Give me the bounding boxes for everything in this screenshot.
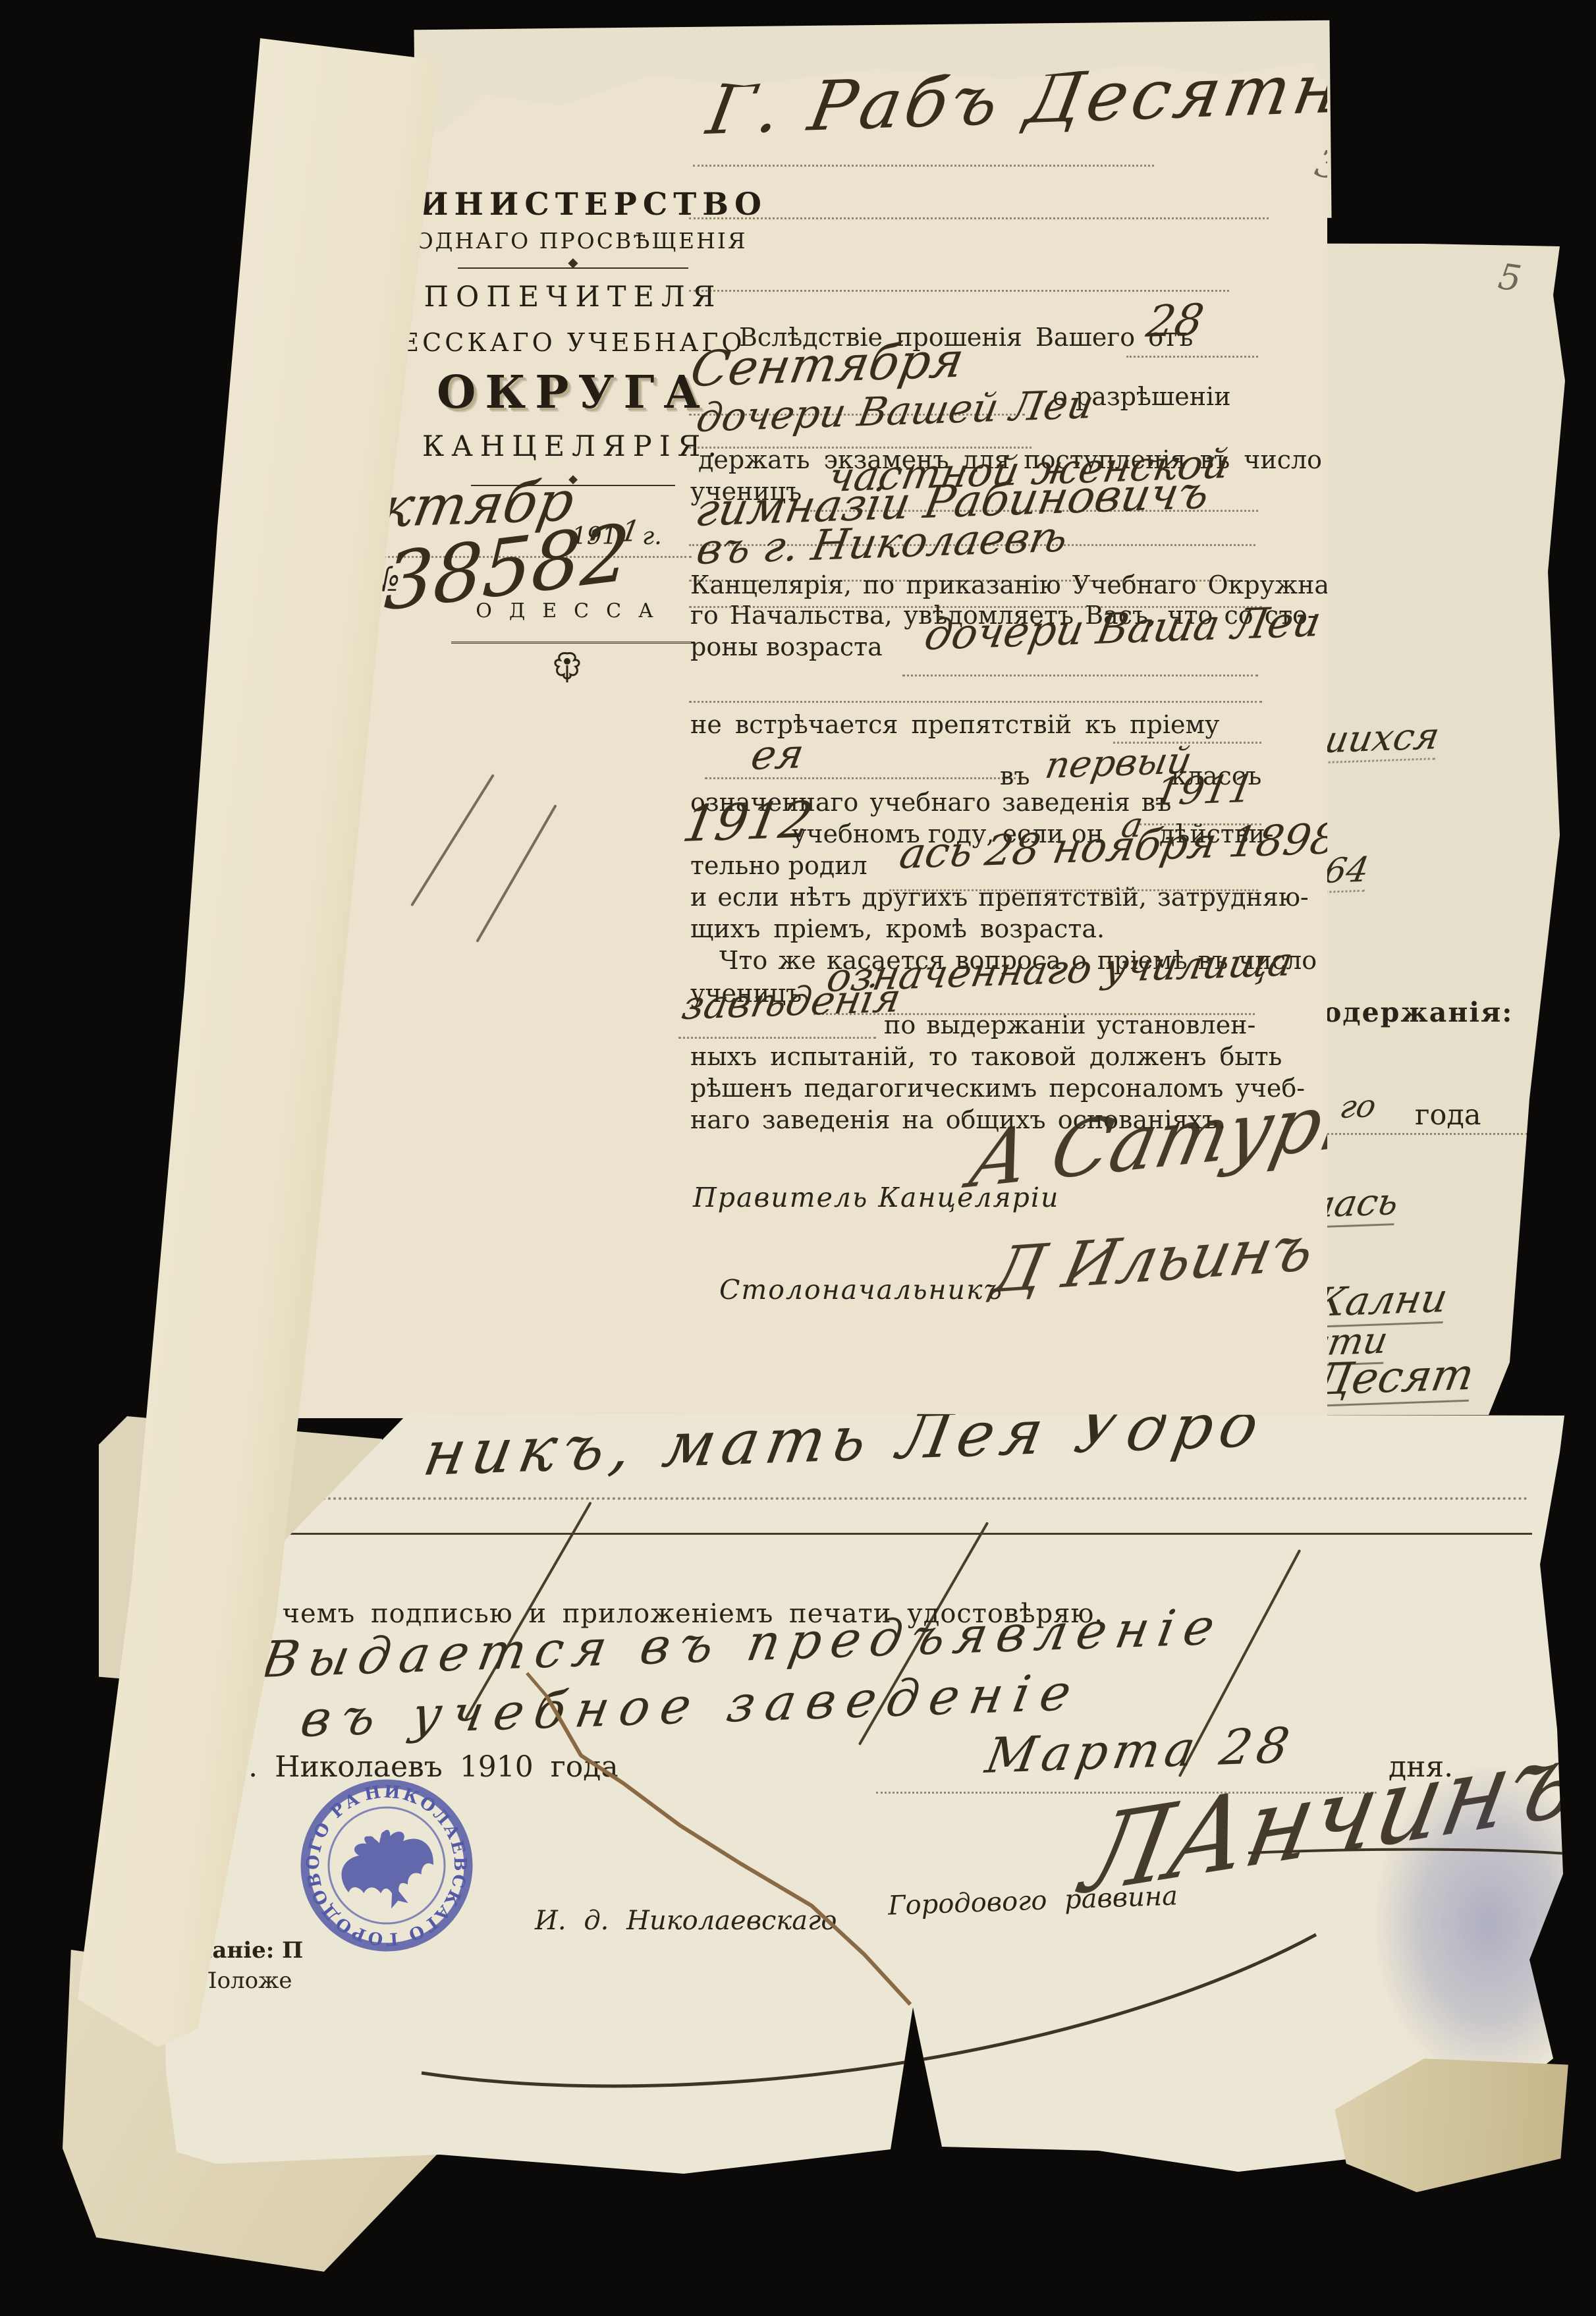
rabbi-certificate-document: никъ, мать Лея Удро Въ чемъ подписью и п…: [158, 1413, 1564, 2180]
main-document: 3 МИНИСТЕРСТВО РОДНАГО ПРОСВѢЩЕНІЯ ◆ ПОП…: [283, 58, 1327, 1418]
letterhead-bottom-rule: [451, 642, 695, 644]
signature-desk-head: Д Ильинъ: [987, 1212, 1321, 1308]
pencil-slash-mark: [476, 804, 557, 943]
letter-line: въ: [1000, 761, 1030, 790]
signature-label-desk-head: Столоначальникъ: [719, 1274, 1003, 1306]
letter-line: Канцелярія, по приказанію Учебнаго Окруж…: [690, 570, 1338, 599]
date-year-suffix: г.: [642, 523, 662, 550]
fragment-line: содержанія:: [1306, 997, 1513, 1028]
letter-line-hw: ея: [748, 729, 808, 779]
fragment-line: го: [1337, 1088, 1379, 1126]
letter-line-hw: 1911: [1151, 766, 1257, 814]
photo-of-documents: 5 вшихся 64 содержанія: го года илась Ка…: [0, 0, 1596, 2316]
letter-line-hw: 28: [1143, 294, 1207, 347]
letter-line: тельно родил: [690, 851, 867, 880]
pencil-slash-mark: [410, 774, 495, 906]
letter-line: щихъ пріемъ, кромѣ возраста.: [690, 914, 1105, 943]
letter-line: ныхъ испытаній, то таковой долженъ быть: [690, 1042, 1282, 1071]
page-number-5-pencil-mark: 5: [1496, 256, 1524, 300]
fragment-line: года: [1415, 1099, 1481, 1132]
tear-lines: [158, 1413, 1564, 2180]
letter-line: роны возраста: [690, 632, 883, 661]
letterhead-trustee: ПОПЕЧИТЕЛЯ: [356, 281, 790, 314]
letterhead-fleuron: [552, 651, 582, 684]
letter-line: по выдержаніи установлен-: [884, 1010, 1255, 1039]
fragment-line: 64: [1321, 850, 1372, 893]
letter-line-hw: завѣденія: [678, 976, 904, 1029]
fragment-line: Десят: [1312, 1349, 1478, 1407]
letter-line: и если нѣтъ другихъ препятствій, затрудн…: [690, 883, 1309, 912]
